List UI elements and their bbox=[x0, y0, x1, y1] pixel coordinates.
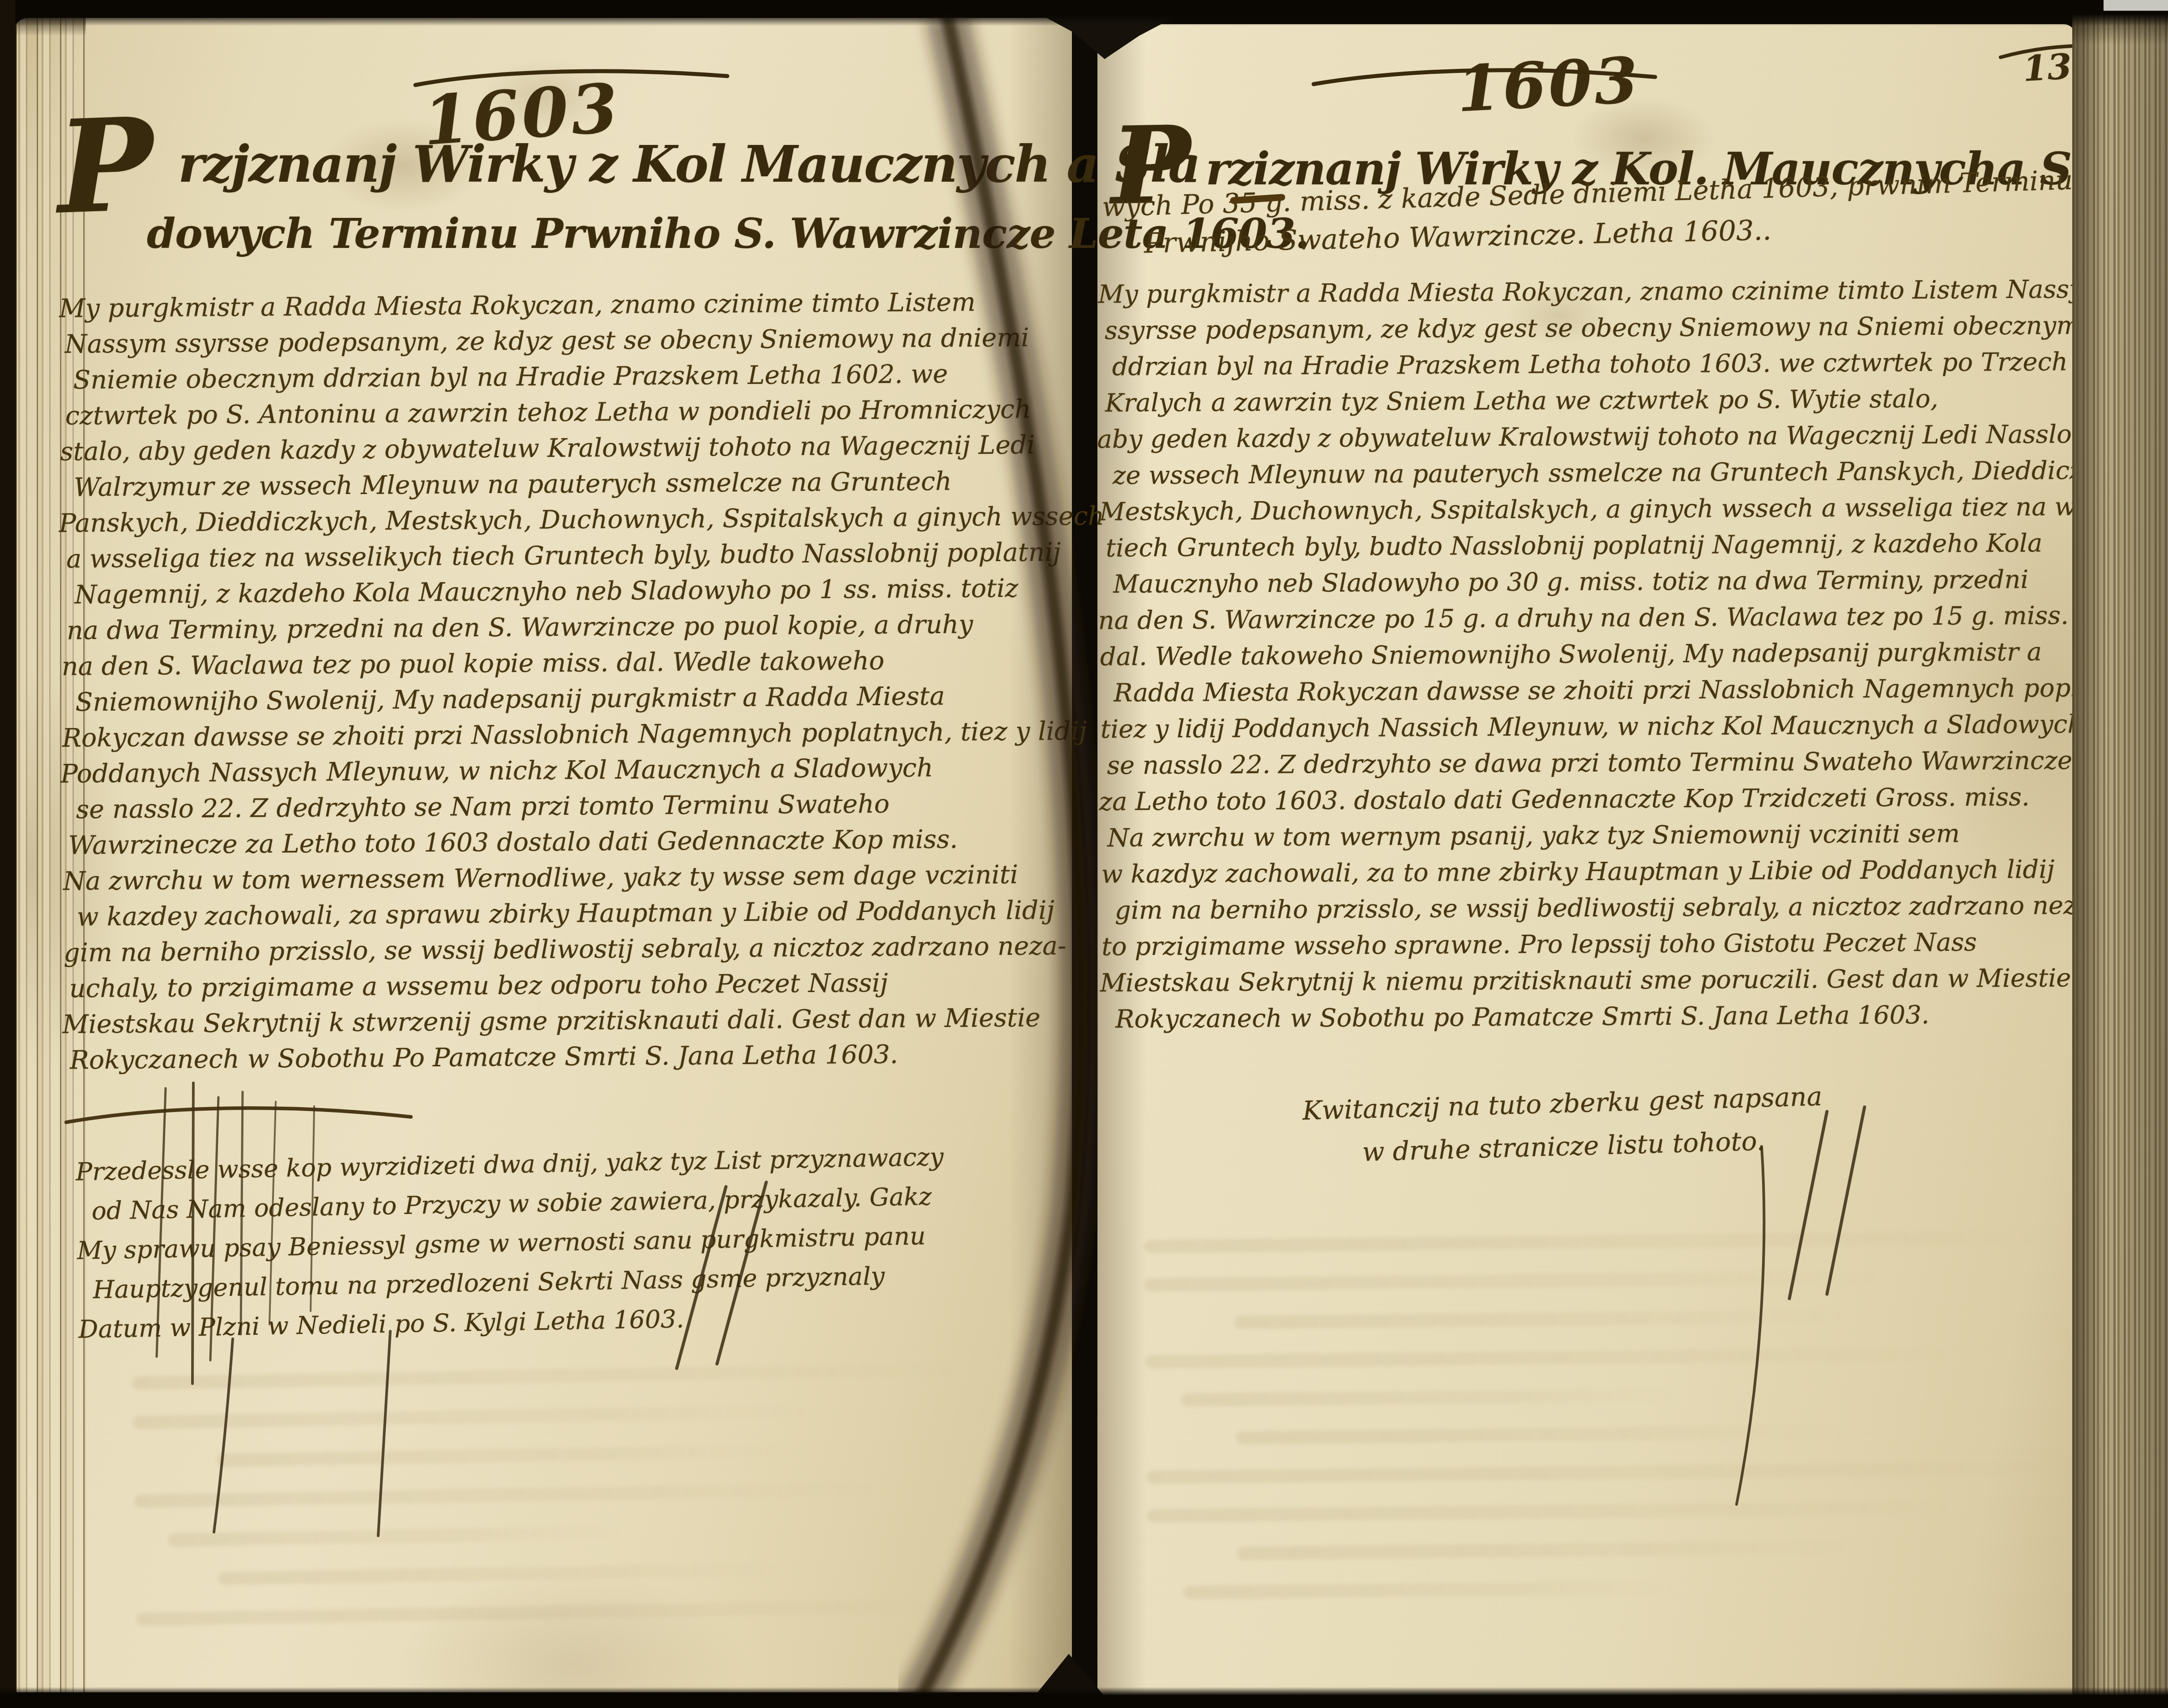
double-slash-flourish bbox=[677, 1187, 726, 1368]
datum-descender bbox=[378, 1331, 390, 1536]
scan-corner-highlight bbox=[2104, 0, 2168, 11]
subheading-dash bbox=[1233, 197, 1282, 200]
double-slash-flourish bbox=[1789, 1112, 1827, 1299]
double-slash-flourish bbox=[717, 1182, 766, 1364]
book-top-edge bbox=[0, 0, 2168, 26]
right-fore-edge bbox=[2072, 9, 2168, 1708]
right-year-overline-flourish bbox=[1314, 70, 1655, 84]
double-slash-flourish bbox=[1827, 1107, 1865, 1294]
pen-stroke bbox=[269, 1102, 276, 1325]
pen-stroke bbox=[210, 1097, 218, 1360]
pen-stroke bbox=[241, 1092, 243, 1334]
book-bottom-edge bbox=[0, 1687, 2168, 1708]
datum-descender bbox=[214, 1339, 233, 1532]
manuscript-spread: 1603 P rzjznanj Wirky z Kol Maucznych a … bbox=[0, 0, 2168, 1708]
pen-stroke bbox=[157, 1088, 166, 1357]
left-divider-flourish bbox=[66, 1108, 411, 1122]
pen-stroke bbox=[311, 1106, 314, 1311]
note-descender-flourish bbox=[1737, 1146, 1764, 1504]
pen-flourishes-layer bbox=[0, 0, 2168, 1708]
pen-stroke bbox=[192, 1083, 193, 1384]
left-year-overline-flourish bbox=[415, 71, 727, 85]
book-left-edge bbox=[0, 0, 15, 1708]
